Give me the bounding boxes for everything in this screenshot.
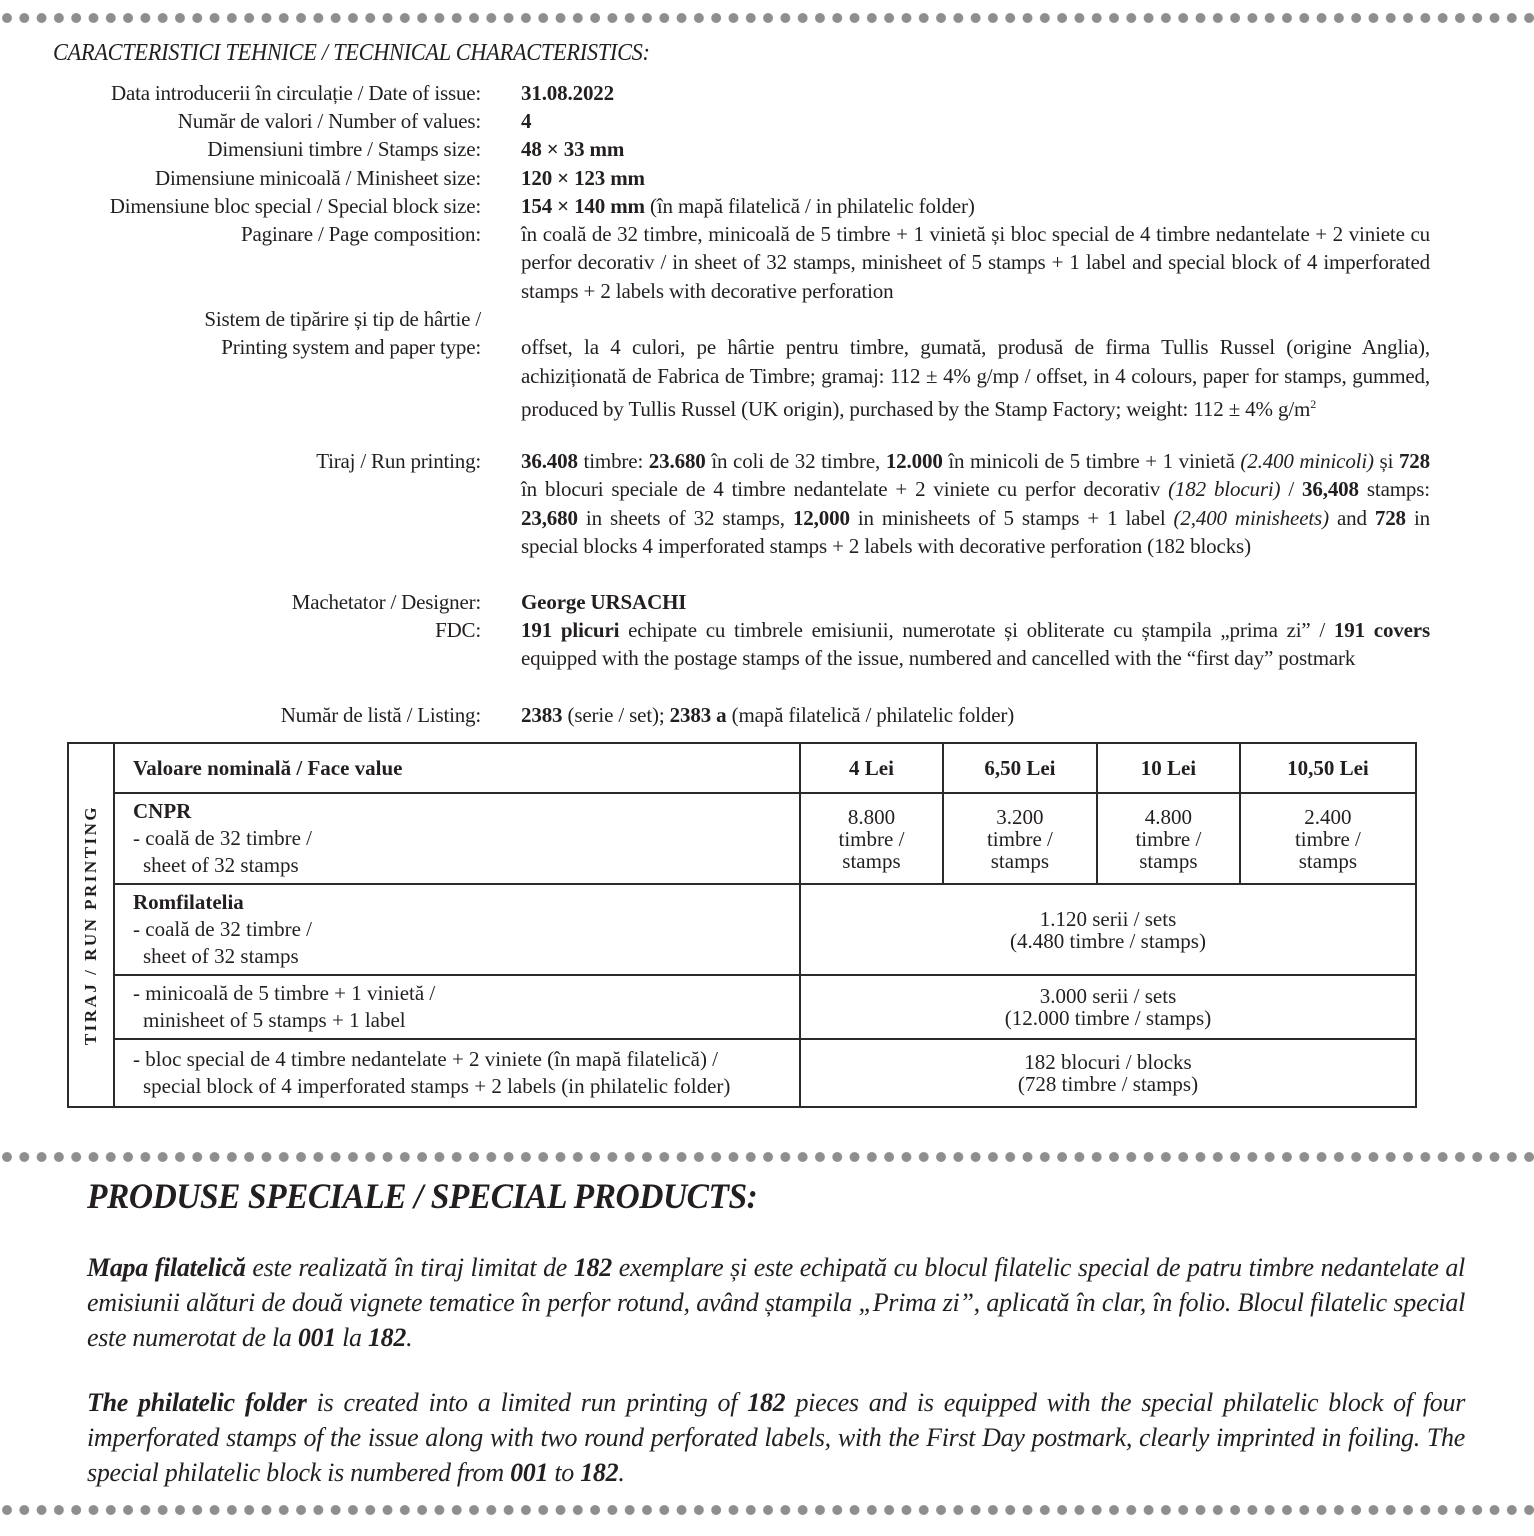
table-row-romfilatelia-minisheet: - minicoală de 5 timbre + 1 vinietă / mi… xyxy=(68,975,1416,1039)
spec-label: Număr de listă / Listing: xyxy=(281,701,481,729)
special-products-paragraph-en: The philatelic folder is created into a … xyxy=(87,1385,1465,1490)
romfilatelia-sheet-description: Romfilatelia - coală de 32 timbre / shee… xyxy=(114,884,800,975)
spec-value: 4 xyxy=(521,107,1430,135)
spec-value: 191 plicuri echipate cu timbrele emisiun… xyxy=(521,616,1430,673)
cnpr-qty-10-lei: 4.800timbre /stamps xyxy=(1097,793,1240,884)
dotted-divider-top xyxy=(0,12,1534,24)
spec-value: 120 × 123 mm xyxy=(521,164,1430,192)
spec-value: George URSACHI xyxy=(521,588,1430,616)
romfilatelia-minisheet-description: - minicoală de 5 timbre + 1 vinietă / mi… xyxy=(114,975,800,1039)
spec-label: Data introducerii în circulație / Date o… xyxy=(111,79,481,107)
romfilatelia-sheet-qty: 1.120 serii / sets(4.480 timbre / stamps… xyxy=(800,884,1416,975)
table-side-label: TIRAJ / RUN PRINTING xyxy=(68,743,114,1107)
spec-value: 36.408 timbre: 23.680 în coli de 32 timb… xyxy=(521,447,1430,560)
technical-characteristics-heading: CARACTERISTICI TEHNICE / TECHNICAL CHARA… xyxy=(53,40,650,67)
spec-label: Sistem de tipărire și tip de hârtie /Pri… xyxy=(204,305,481,362)
table-row-romfilatelia-block: - bloc special de 4 timbre nedantelate +… xyxy=(68,1039,1416,1107)
spec-label: Machetator / Designer: xyxy=(292,588,481,616)
spec-value: 48 × 33 mm xyxy=(521,135,1430,163)
cnpr-qty-10-50-lei: 2.400timbre /stamps xyxy=(1240,793,1416,884)
spec-label: Tiraj / Run printing: xyxy=(316,447,481,475)
spec-value: 154 × 140 mm (în mapă filatelică / in ph… xyxy=(521,192,1430,220)
spec-label: FDC: xyxy=(435,616,481,644)
spec-label: Paginare / Page composition: xyxy=(241,220,481,248)
face-value-10-lei: 10 Lei xyxy=(1097,743,1240,793)
dotted-divider-bottom xyxy=(0,1504,1534,1516)
spec-value: offset, la 4 culori, pe hârtie pentru ti… xyxy=(521,333,1430,423)
romfilatelia-minisheet-qty: 3.000 serii / sets(12.000 timbre / stamp… xyxy=(800,975,1416,1039)
romfilatelia-block-qty: 182 blocuri / blocks(728 timbre / stamps… xyxy=(800,1039,1416,1107)
table-header-row: TIRAJ / RUN PRINTING Valoare nominală / … xyxy=(68,743,1416,793)
dotted-divider-middle xyxy=(0,1151,1534,1163)
face-value-label: Valoare nominală / Face value xyxy=(114,743,800,793)
spec-label: Dimensiune minicoală / Minisheet size: xyxy=(155,164,481,192)
table-row-cnpr: CNPR - coală de 32 timbre / sheet of 32 … xyxy=(68,793,1416,884)
spec-label: Dimensiune bloc special / Special block … xyxy=(110,192,481,220)
face-value-10-50-lei: 10,50 Lei xyxy=(1240,743,1416,793)
cnpr-qty-4-lei: 8.800timbre /stamps xyxy=(800,793,943,884)
spec-label: Număr de valori / Number of values: xyxy=(178,107,481,135)
face-value-6-50-lei: 6,50 Lei xyxy=(943,743,1097,793)
romfilatelia-block-description: - bloc special de 4 timbre nedantelate +… xyxy=(114,1039,800,1107)
spec-label: Dimensiuni timbre / Stamps size: xyxy=(207,135,481,163)
spec-value: 31.08.2022 xyxy=(521,79,1430,107)
spec-value: 2383 (serie / set); 2383 a (mapă filatel… xyxy=(521,701,1430,729)
spec-value: în coală de 32 timbre, minicoală de 5 ti… xyxy=(521,220,1430,305)
cnpr-description: CNPR - coală de 32 timbre / sheet of 32 … xyxy=(114,793,800,884)
face-value-4-lei: 4 Lei xyxy=(800,743,943,793)
special-products-paragraph-ro: Mapa filatelică este realizată în tiraj … xyxy=(87,1250,1465,1355)
run-printing-table: TIRAJ / RUN PRINTING Valoare nominală / … xyxy=(67,742,1417,1108)
special-products-heading: PRODUSE SPECIALE / SPECIAL PRODUCTS: xyxy=(87,1175,757,1217)
cnpr-qty-6-50-lei: 3.200timbre /stamps xyxy=(943,793,1097,884)
table-row-romfilatelia-sheet: Romfilatelia - coală de 32 timbre / shee… xyxy=(68,884,1416,975)
